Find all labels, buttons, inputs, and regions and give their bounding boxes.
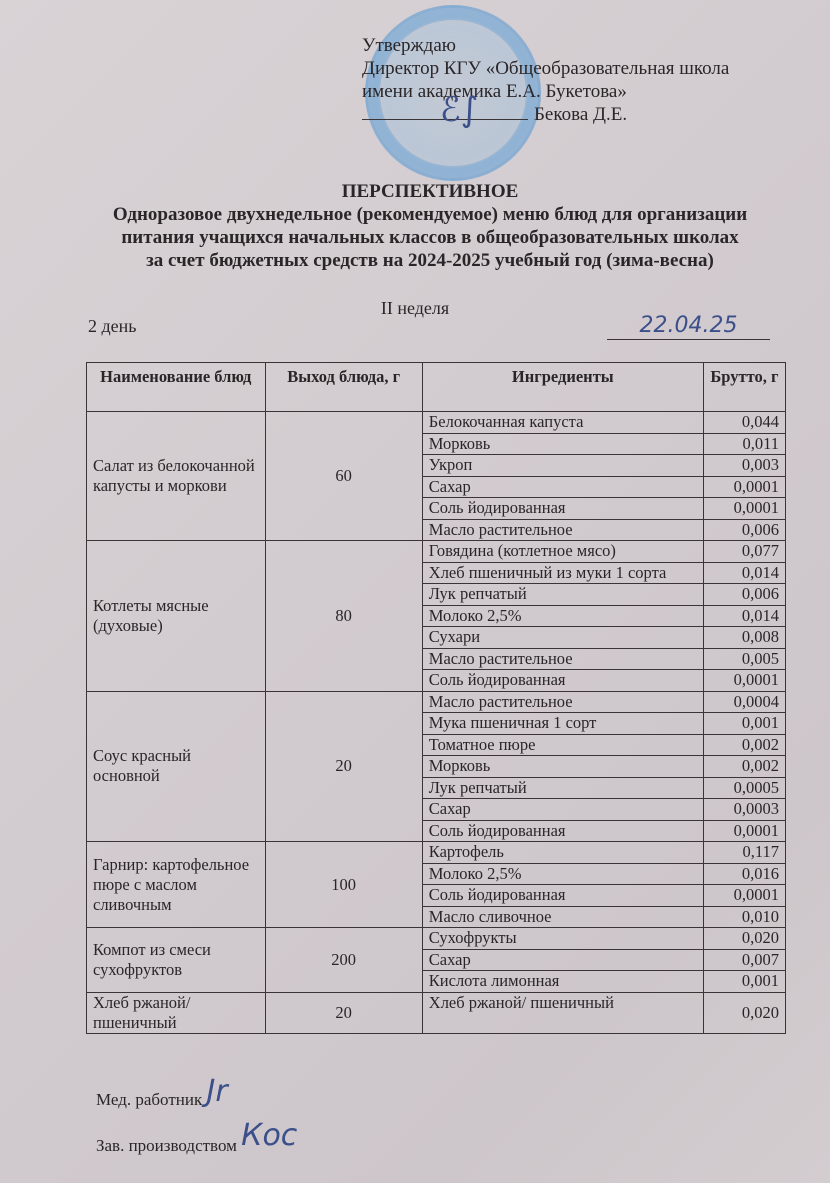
ingredient-name: Масло сливочное bbox=[422, 906, 703, 928]
ingredient-brutto: 0,010 bbox=[703, 906, 785, 928]
header-yield: Выход блюда, г bbox=[265, 363, 422, 412]
ingredient-name: Соль йодированная bbox=[422, 820, 703, 842]
ingredient-brutto: 0,0001 bbox=[703, 476, 785, 498]
ingredient-brutto: 0,006 bbox=[703, 519, 785, 541]
dish-yield: 100 bbox=[265, 842, 422, 928]
ingredient-brutto: 0,0001 bbox=[703, 885, 785, 907]
dish-yield: 60 bbox=[265, 412, 422, 541]
table-row: Котлеты мясные (духовые)80Говядина (котл… bbox=[87, 541, 786, 563]
ingredient-brutto: 0,007 bbox=[703, 949, 785, 971]
ingredient-brutto: 0,005 bbox=[703, 648, 785, 670]
ingredient-name: Соль йодированная bbox=[422, 885, 703, 907]
approval-signer: Бекова Д.Е. bbox=[534, 104, 627, 125]
dish-yield: 200 bbox=[265, 928, 422, 993]
table-row: Хлеб ржаной/ пшеничный20Хлеб ржаной/ пше… bbox=[87, 992, 786, 1033]
day-label: 2 день bbox=[88, 316, 137, 337]
ingredient-brutto: 0,014 bbox=[703, 605, 785, 627]
ingredient-brutto: 0,044 bbox=[703, 412, 785, 434]
title-line-2: питания учащихся начальных классов в общ… bbox=[60, 226, 800, 249]
production-head-row: Зав. производством Кос bbox=[96, 1124, 297, 1159]
handwritten-date: 22.04.25 bbox=[607, 313, 770, 340]
dish-name: Гарнир: картофельное пюре с маслом сливо… bbox=[87, 842, 266, 928]
approval-line-1: Утверждаю bbox=[362, 34, 729, 57]
ingredient-name: Масло растительное bbox=[422, 519, 703, 541]
ingredient-name: Морковь bbox=[422, 756, 703, 778]
ingredient-name: Хлеб пшеничный из муки 1 сорта bbox=[422, 562, 703, 584]
ingredient-name: Сахар bbox=[422, 476, 703, 498]
ingredient-name: Картофель bbox=[422, 842, 703, 864]
table-row: Компот из смеси сухофруктов200Сухофрукты… bbox=[87, 928, 786, 950]
approval-line-3: имени академика Е.А. Букетова» bbox=[362, 80, 729, 103]
production-head-signature: Кос bbox=[241, 1118, 297, 1153]
dish-yield: 20 bbox=[265, 691, 422, 842]
title-main: ПЕРСПЕКТИВНОЕ bbox=[60, 180, 800, 203]
ingredient-brutto: 0,077 bbox=[703, 541, 785, 563]
title-line-3: за счет бюджетных средств на 2024-2025 у… bbox=[60, 249, 800, 272]
ingredient-name: Мука пшеничная 1 сорт bbox=[422, 713, 703, 735]
ingredient-name: Сухари bbox=[422, 627, 703, 649]
ingredient-name: Молоко 2,5% bbox=[422, 863, 703, 885]
ingredient-brutto: 0,0001 bbox=[703, 670, 785, 692]
header-ingredients: Ингредиенты bbox=[422, 363, 703, 412]
ingredient-brutto: 0,0005 bbox=[703, 777, 785, 799]
dish-name: Салат из белокочанной капусты и моркови bbox=[87, 412, 266, 541]
ingredient-name: Сахар bbox=[422, 799, 703, 821]
ingredient-brutto: 0,0001 bbox=[703, 820, 785, 842]
ingredient-brutto: 0,008 bbox=[703, 627, 785, 649]
menu-table: Наименование блюд Выход блюда, г Ингреди… bbox=[86, 362, 786, 1034]
ingredient-name: Говядина (котлетное мясо) bbox=[422, 541, 703, 563]
dish-name: Хлеб ржаной/ пшеничный bbox=[87, 992, 266, 1033]
director-signature: ℰ∫ bbox=[440, 90, 478, 130]
ingredient-name: Укроп bbox=[422, 455, 703, 477]
ingredient-brutto: 0,0004 bbox=[703, 691, 785, 713]
ingredient-brutto: 0,011 bbox=[703, 433, 785, 455]
document-title: ПЕРСПЕКТИВНОЕ Одноразовое двухнедельное … bbox=[60, 180, 800, 272]
dish-yield: 20 bbox=[265, 992, 422, 1033]
ingredient-name: Сухофрукты bbox=[422, 928, 703, 950]
med-worker-row: Мед. работник Jr bbox=[96, 1078, 228, 1113]
ingredient-name: Морковь bbox=[422, 433, 703, 455]
med-worker-label: Мед. работник bbox=[96, 1090, 202, 1109]
dish-name: Компот из смеси сухофруктов bbox=[87, 928, 266, 993]
table-row: Гарнир: картофельное пюре с маслом сливо… bbox=[87, 842, 786, 864]
table-row: Соус красный основной20Масло растительно… bbox=[87, 691, 786, 713]
ingredient-brutto: 0,020 bbox=[703, 992, 785, 1033]
ingredient-name: Масло растительное bbox=[422, 691, 703, 713]
ingredient-name: Лук репчатый bbox=[422, 584, 703, 606]
ingredient-name: Белокочанная капуста bbox=[422, 412, 703, 434]
approval-signature-row: Бекова Д.Е. bbox=[362, 103, 729, 126]
ingredient-brutto: 0,117 bbox=[703, 842, 785, 864]
header-dish-name: Наименование блюд bbox=[87, 363, 266, 412]
ingredient-name: Соль йодированная bbox=[422, 498, 703, 520]
ingredient-name: Томатное пюре bbox=[422, 734, 703, 756]
dish-yield: 80 bbox=[265, 541, 422, 692]
ingredient-name: Молоко 2,5% bbox=[422, 605, 703, 627]
ingredient-brutto: 0,020 bbox=[703, 928, 785, 950]
ingredient-brutto: 0,006 bbox=[703, 584, 785, 606]
dish-name: Соус красный основной bbox=[87, 691, 266, 842]
table-row: Салат из белокочанной капусты и моркови6… bbox=[87, 412, 786, 434]
approval-block: Утверждаю Директор КГУ «Общеобразователь… bbox=[362, 34, 729, 126]
approval-line-2: Директор КГУ «Общеобразовательная школа bbox=[362, 57, 729, 80]
document-page: Утверждаю Директор КГУ «Общеобразователь… bbox=[0, 0, 830, 1183]
menu-table-body: Салат из белокочанной капусты и моркови6… bbox=[87, 412, 786, 1034]
ingredient-brutto: 0,0001 bbox=[703, 498, 785, 520]
ingredient-name: Хлеб ржаной/ пшеничный bbox=[422, 992, 703, 1033]
header-brutto: Брутто, г bbox=[703, 363, 785, 412]
title-line-1: Одноразовое двухнедельное (рекомендуемое… bbox=[60, 203, 800, 226]
ingredient-brutto: 0,0003 bbox=[703, 799, 785, 821]
ingredient-name: Сахар bbox=[422, 949, 703, 971]
ingredient-brutto: 0,016 bbox=[703, 863, 785, 885]
ingredient-brutto: 0,003 bbox=[703, 455, 785, 477]
ingredient-brutto: 0,001 bbox=[703, 713, 785, 735]
dish-name: Котлеты мясные (духовые) bbox=[87, 541, 266, 692]
ingredient-brutto: 0,002 bbox=[703, 756, 785, 778]
ingredient-brutto: 0,002 bbox=[703, 734, 785, 756]
ingredient-name: Соль йодированная bbox=[422, 670, 703, 692]
ingredient-name: Лук репчатый bbox=[422, 777, 703, 799]
med-worker-signature: Jr bbox=[206, 1074, 227, 1109]
ingredient-brutto: 0,001 bbox=[703, 971, 785, 993]
ingredient-name: Кислота лимонная bbox=[422, 971, 703, 993]
ingredient-name: Масло растительное bbox=[422, 648, 703, 670]
ingredient-brutto: 0,014 bbox=[703, 562, 785, 584]
production-head-label: Зав. производством bbox=[96, 1136, 237, 1155]
table-header-row: Наименование блюд Выход блюда, г Ингреди… bbox=[87, 363, 786, 412]
